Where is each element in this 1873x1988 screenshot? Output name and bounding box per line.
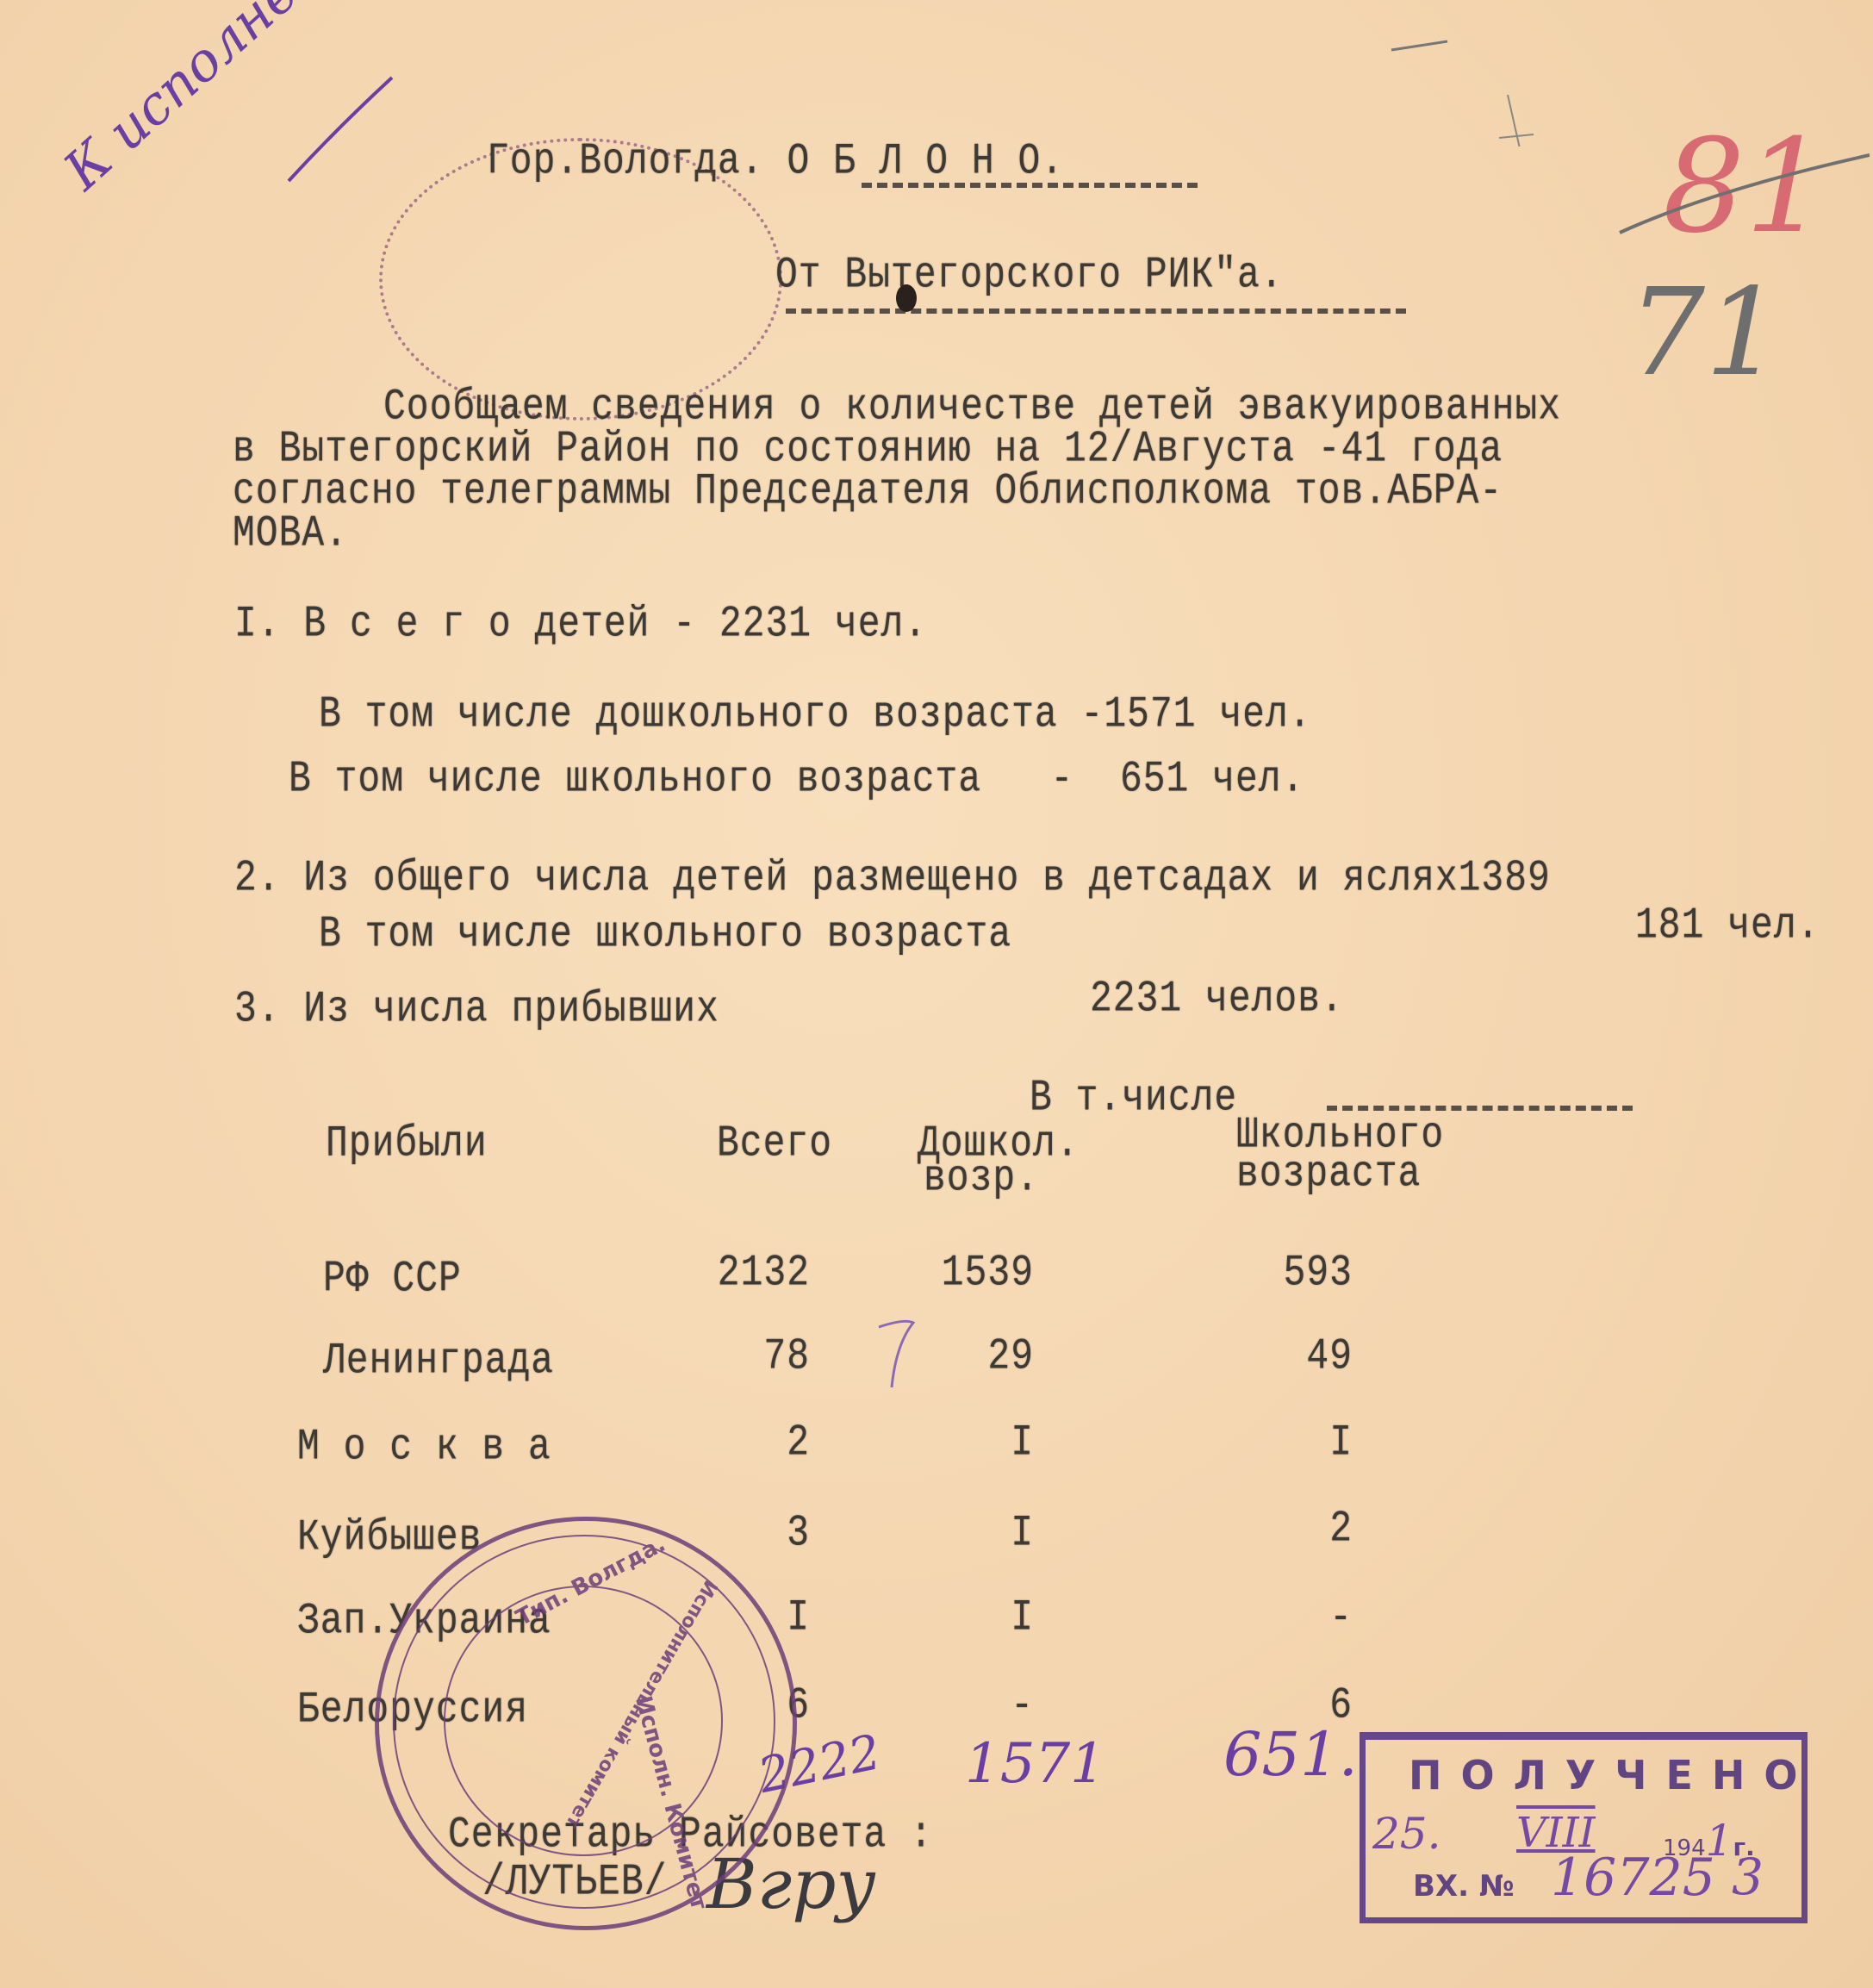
table-row-school: 2 (1232, 1504, 1353, 1554)
column-header-school-age: возраста (1236, 1149, 1421, 1199)
table-group-header: В т.числе (1030, 1073, 1237, 1123)
item-3-arrived-value: 2231 челов. (1090, 974, 1344, 1024)
incoming-extra: 3 (1732, 1848, 1764, 1906)
sender-underline (786, 308, 1406, 314)
table-row-origin: М о с к в а (297, 1422, 551, 1472)
item-2-placed-in-kindergartens: 2. Из общего числа детей размещено в дет… (234, 853, 1551, 903)
strike-through-line (1611, 138, 1870, 241)
item-2-school-age-value: 181 чел. (1635, 901, 1820, 950)
intro-line-3: согласно телеграммы Председателя Облиспо… (233, 466, 1503, 516)
table-row-preschool: I (913, 1592, 1034, 1642)
item-1-total-children: I. В с е г о детей - 2231 чел. (234, 599, 927, 649)
table-row-preschool: 29 (913, 1331, 1034, 1381)
table-row-origin: Ленинграда (323, 1336, 554, 1386)
table-row-preschool: I (913, 1508, 1034, 1558)
column-header-total: Всего (717, 1119, 832, 1168)
table-row-school: 593 (1232, 1248, 1353, 1298)
table-row-origin: РФ ССР (323, 1254, 462, 1304)
table-row-preschool: I (913, 1418, 1034, 1468)
handwritten-total-school: 651. (1223, 1719, 1358, 1790)
handwritten-total-preschool: 1571 (965, 1732, 1105, 1796)
table-row-total: 3 (689, 1508, 810, 1558)
item-2-school-age: В том числе школьного возраста (319, 909, 1011, 959)
purple-correction-mark (870, 1318, 922, 1396)
table-row-total: 2132 (689, 1248, 810, 1298)
received-stamp-title: ПОЛУЧЕНО (1409, 1752, 1816, 1798)
sender-heading: От Вытегорского РИК"а. (775, 250, 1284, 300)
table-row-origin: Куйбышев (297, 1512, 482, 1562)
recipient-heading: Гор.Вологда. О Б Л О Н О. (487, 136, 1064, 186)
ink-blot (896, 284, 917, 312)
official-round-stamp: Тип. Волгда. Исполн. Комитет Исполнитель… (375, 1517, 797, 1930)
column-header-preschool-age: возр. (924, 1153, 1039, 1203)
received-day: 25. (1372, 1809, 1441, 1859)
recipient-underline (862, 183, 1198, 188)
table-row-total: 78 (689, 1331, 810, 1381)
table-row-school: I (1232, 1418, 1353, 1468)
table-row-preschool: 1539 (913, 1248, 1034, 1298)
resolution-underline (284, 69, 396, 190)
item-1-preschool: В том числе дошкольного возраста -1571 ч… (319, 689, 1312, 739)
item-1-school: В том числе школьного возраста - 651 чел… (289, 754, 1304, 804)
table-row-total: 2 (689, 1418, 810, 1468)
intro-line-4: МОВА. (233, 508, 348, 558)
incoming-number: 16725 (1551, 1848, 1715, 1908)
table-row-preschool: - (913, 1680, 1034, 1730)
table-row-school: - (1232, 1592, 1353, 1642)
pencil-tick-mark (1387, 34, 1577, 146)
incoming-number-label: ВХ. № (1413, 1869, 1515, 1904)
table-row-school: 49 (1232, 1331, 1353, 1381)
item-3-arrived-label: 3. Из числа прибывших (234, 984, 719, 1034)
column-header-origin: Прибыли (326, 1119, 488, 1168)
pencil-archive-number: 71 (1628, 263, 1782, 403)
received-stamp: ПОЛУЧЕНО 25. VIII 1941г. ВХ. № 16725 3 (1360, 1732, 1808, 1923)
